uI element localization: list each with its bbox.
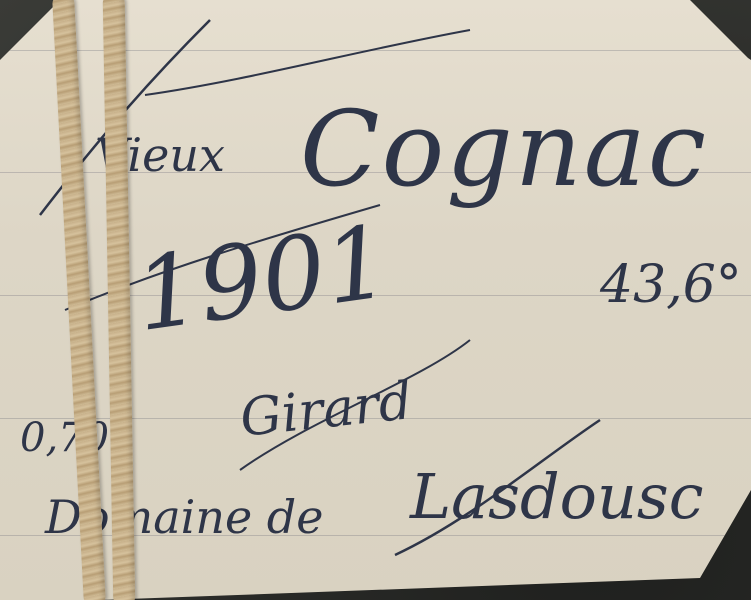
label-title-cognac: Cognac (300, 88, 708, 210)
label-strength: 43,6° (600, 255, 742, 315)
label-producer-name: Lasdousc (410, 460, 703, 533)
